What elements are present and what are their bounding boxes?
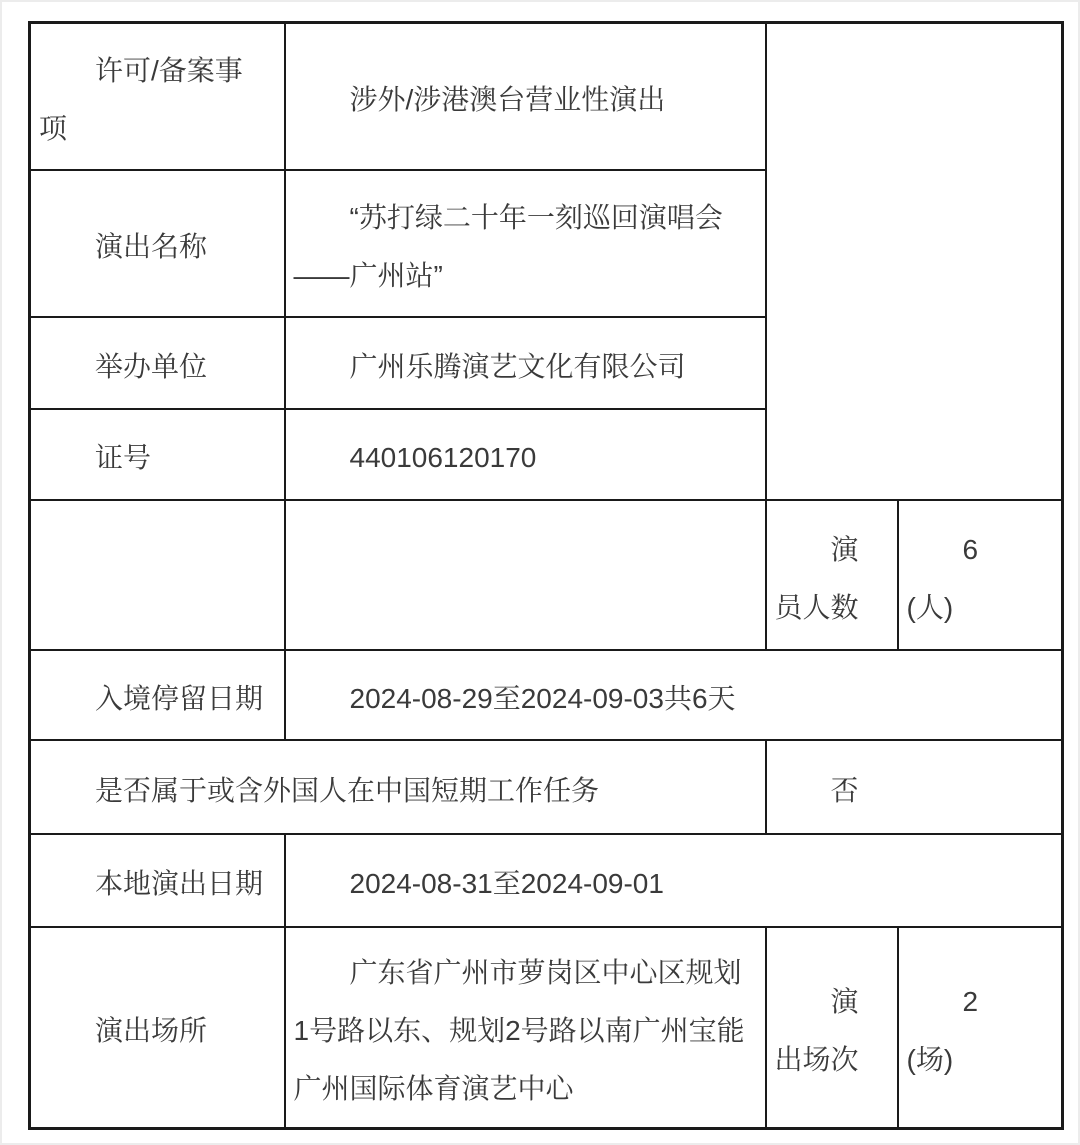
performance-permit-table: 许可/备案事 项 涉外/涉港澳台营业性演出 演出名称 “苏打绿二十年一刻巡回演唱… [28, 21, 1064, 1130]
empty-cell-middle [285, 500, 766, 650]
local-show-date-value-cell: 2024-08-31至2024-09-01 [285, 834, 1063, 927]
organizer-label-cell: 举办单位 [30, 317, 285, 409]
permit-item-value-cell: 涉外/涉港澳台营业性演出 [285, 23, 766, 170]
row-local-show-date: 本地演出日期 2024-08-31至2024-09-01 [30, 834, 1063, 927]
row-entry-stay: 入境停留日期 2024-08-29至2024-09-03共6天 [30, 650, 1063, 740]
show-sessions-value-cell: 2 (场) [898, 927, 1063, 1129]
organizer-value-cell: 广州乐腾演艺文化有限公司 [285, 317, 766, 409]
permit-item-label-cell: 许可/备案事 项 [30, 23, 285, 170]
foreign-short-term-work-value-cell: 否 [766, 740, 1063, 834]
entry-stay-label-cell: 入境停留日期 [30, 650, 285, 740]
certificate-no-value-cell: 440106120170 [285, 409, 766, 500]
certificate-no-label-cell: 证号 [30, 409, 285, 500]
local-show-date-label-cell: 本地演出日期 [30, 834, 285, 927]
photo-placeholder-cell [766, 23, 1063, 500]
show-sessions-label-cell: 演 出场次 [766, 927, 898, 1129]
show-name-value-cell: “苏打绿二十年一刻巡回演唱会 ——广州站” [285, 170, 766, 317]
empty-cell-left [30, 500, 285, 650]
row-foreign-short-term-work: 是否属于或含外国人在中国短期工作任务 否 [30, 740, 1063, 834]
performer-count-value-cell: 6 (人) [898, 500, 1063, 650]
venue-value-cell: 广东省广州市萝岗区中心区规划 1号路以东、规划2号路以南广州宝能 广州国际体育演… [285, 927, 766, 1129]
show-name-label-cell: 演出名称 [30, 170, 285, 317]
performer-count-label-cell: 演 员人数 [766, 500, 898, 650]
foreign-short-term-work-label-cell: 是否属于或含外国人在中国短期工作任务 [30, 740, 766, 834]
entry-stay-value-cell: 2024-08-29至2024-09-03共6天 [285, 650, 1063, 740]
row-venue: 演出场所 广东省广州市萝岗区中心区规划 1号路以东、规划2号路以南广州宝能 广州… [30, 927, 1063, 1129]
row-permit-item: 许可/备案事 项 涉外/涉港澳台营业性演出 [30, 23, 1063, 170]
venue-label-cell: 演出场所 [30, 927, 285, 1129]
row-performer-count: 演 员人数 6 (人) [30, 500, 1063, 650]
document-page: 许可/备案事 项 涉外/涉港澳台营业性演出 演出名称 “苏打绿二十年一刻巡回演唱… [0, 0, 1080, 1145]
